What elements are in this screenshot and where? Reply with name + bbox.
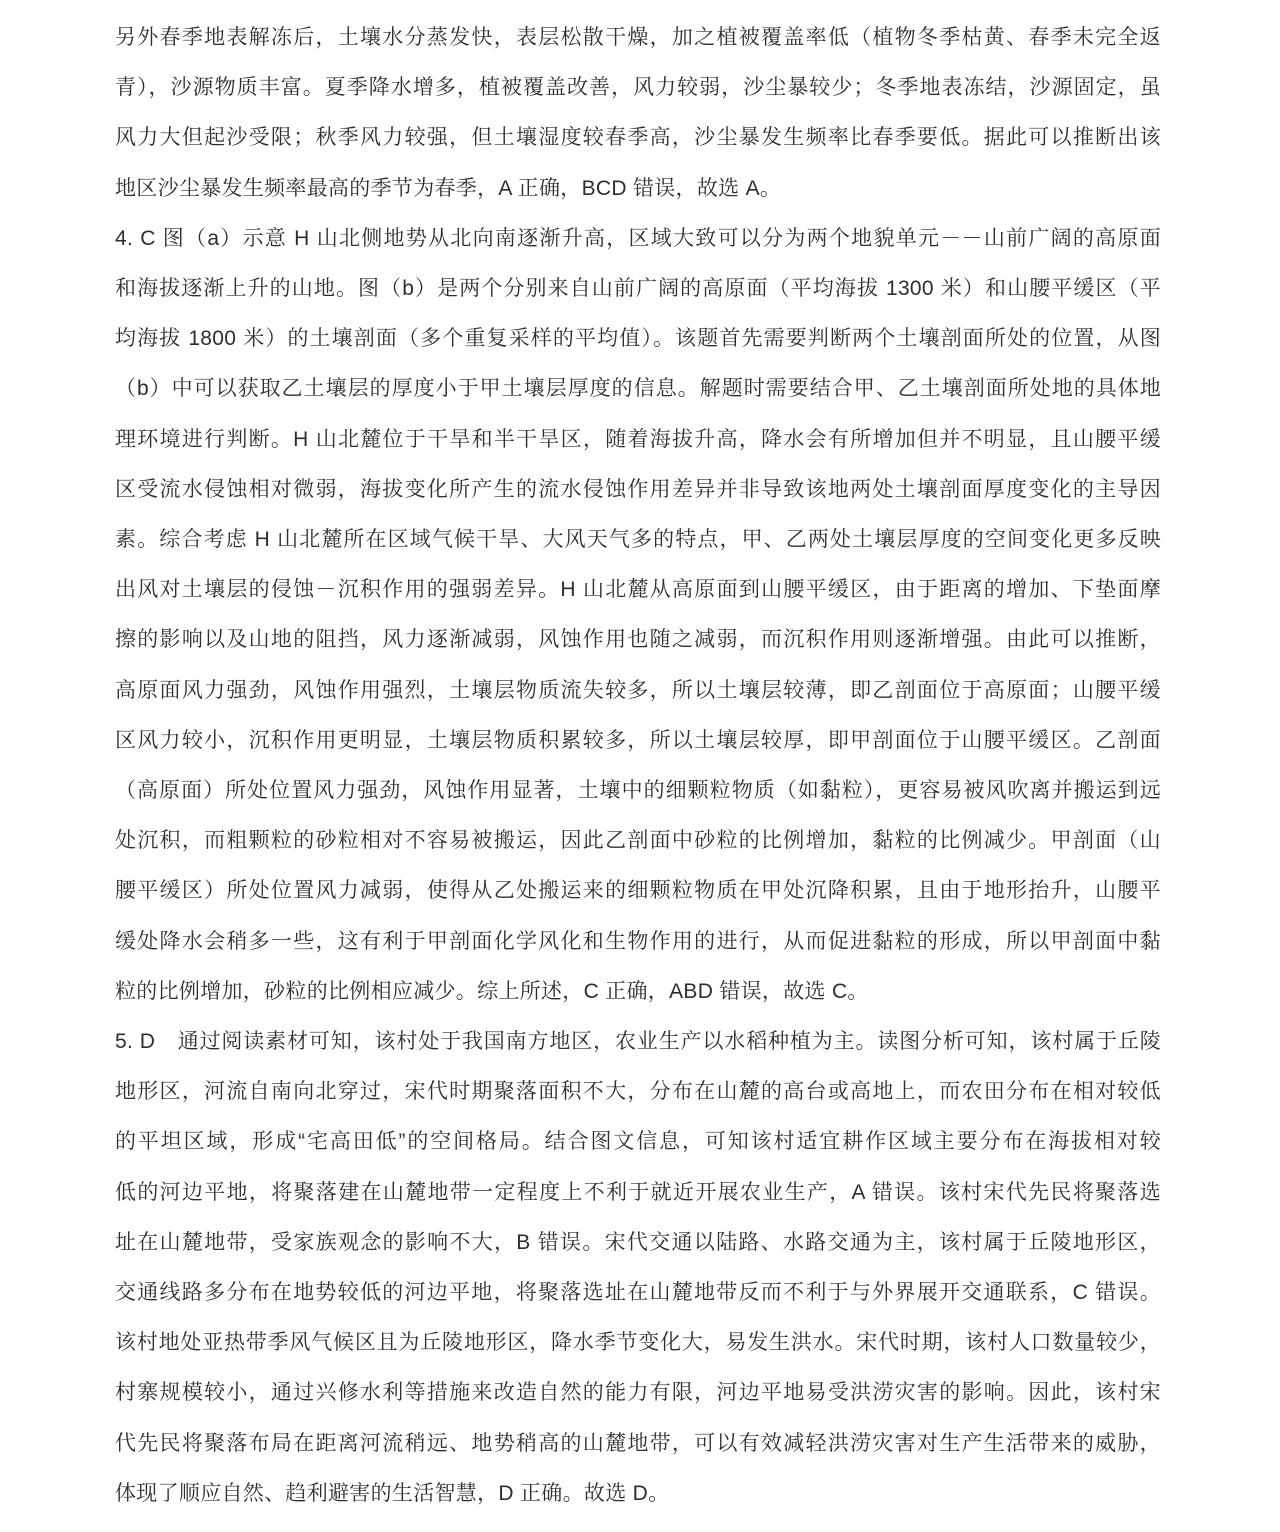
text-line: 风力大但起沙受限；秋季风力较强，但土壤湿度较春季高，沙尘暴发生频率比春季要低。据… <box>115 113 1161 163</box>
text-line: 另外春季地表解冻后，土壤水分蒸发快，表层松散干燥，加之植被覆盖率低（植物冬季枯黄… <box>115 13 1161 63</box>
paragraph-answer-5: 5. D 通过阅读素材可知，该村处于我国南方地区，农业生产以水稻种植为主。读图分… <box>115 1017 1161 1519</box>
text-line: 地形区，河流自南向北穿过，宋代时期聚落面积不大，分布在山麓的高台或高地上，而农田… <box>115 1067 1161 1117</box>
text-line: 均海拔 1800 米）的土壤剖面（多个重复采样的平均值）。该题首先需要判断两个土… <box>115 314 1161 364</box>
text-line: 腰平缓区）所处位置风力减弱，使得从乙处搬运来的细颗粒物质在甲处沉降积累，且由于地… <box>115 866 1161 916</box>
text-line: 4. C 图（a）示意 H 山北侧地势从北向南逐渐升高，区域大致可以分为两个地貌… <box>115 214 1161 264</box>
paragraph-answer-3-continuation: 另外春季地表解冻后，土壤水分蒸发快，表层松散干燥，加之植被覆盖率低（植物冬季枯黄… <box>115 13 1161 214</box>
text-line: 5. D 通过阅读素材可知，该村处于我国南方地区，农业生产以水稻种植为主。读图分… <box>115 1017 1161 1067</box>
text-line: 的平坦区域，形成“宅高田低”的空间格局。结合图文信息，可知该村适宜耕作区域主要分… <box>115 1117 1161 1167</box>
text-line: 素。综合考虑 H 山北麓所在区域气候干旱、大风天气多的特点，甲、乙两处土壤层厚度… <box>115 515 1161 565</box>
answer-explanation-document: 另外春季地表解冻后，土壤水分蒸发快，表层松散干燥，加之植被覆盖率低（植物冬季枯黄… <box>115 13 1161 1519</box>
text-line: 出风对土壤层的侵蚀－沉积作用的强弱差异。H 山北麓从高原面到山腰平缓区，由于距离… <box>115 565 1161 615</box>
text-line: （高原面）所处位置风力强劲，风蚀作用显著，土壤中的细颗粒物质（如黏粒），更容易被… <box>115 766 1161 816</box>
text-line: 低的河边平地，将聚落建在山麓地带一定程度上不利于就近开展农业生产，A 错误。该村… <box>115 1168 1161 1218</box>
text-line: 和海拔逐渐上升的山地。图（b）是两个分别来自山前广阔的高原面（平均海拔 1300… <box>115 264 1161 314</box>
text-line: 体现了顺应自然、趋利避害的生活智慧，D 正确。故选 D。 <box>115 1469 1161 1519</box>
paragraph-answer-4: 4. C 图（a）示意 H 山北侧地势从北向南逐渐升高，区域大致可以分为两个地貌… <box>115 214 1161 1017</box>
text-line: 址在山麓地带，受家族观念的影响不大，B 错误。宋代交通以陆路、水路交通为主，该村… <box>115 1218 1161 1268</box>
text-line: 区风力较小，沉积作用更明显，土壤层物质积累较多，所以土壤层较厚，即甲剖面位于山腰… <box>115 716 1161 766</box>
text-line: 理环境进行判断。H 山北麓位于干旱和半干旱区，随着海拔升高，降水会有所增加但并不… <box>115 415 1161 465</box>
text-line: （b）中可以获取乙土壤层的厚度小于甲土壤层厚度的信息。解题时需要结合甲、乙土壤剖… <box>115 364 1161 414</box>
text-line: 粒的比例增加，砂粒的比例相应减少。综上所述，C 正确，ABD 错误，故选 C。 <box>115 967 1161 1017</box>
text-line: 该村地处亚热带季风气候区且为丘陵地形区，降水季节变化大，易发生洪水。宋代时期，该… <box>115 1318 1161 1368</box>
text-line: 处沉积，而粗颗粒的砂粒相对不容易被搬运，因此乙剖面中砂粒的比例增加，黏粒的比例减… <box>115 816 1161 866</box>
text-line: 缓处降水会稍多一些，这有利于甲剖面化学风化和生物作用的进行，从而促进黏粒的形成，… <box>115 917 1161 967</box>
text-line: 区受流水侵蚀相对微弱，海拔变化所产生的流水侵蚀作用差异并非导致该地两处土壤剖面厚… <box>115 465 1161 515</box>
text-line: 地区沙尘暴发生频率最高的季节为春季，A 正确，BCD 错误，故选 A。 <box>115 164 1161 214</box>
text-line: 青），沙源物质丰富。夏季降水增多，植被覆盖改善，风力较弱，沙尘暴较少；冬季地表冻… <box>115 63 1161 113</box>
text-line: 高原面风力强劲，风蚀作用强烈，土壤层物质流失较多，所以土壤层较薄，即乙剖面位于高… <box>115 666 1161 716</box>
text-line: 村寨规模较小，通过兴修水利等措施来改造自然的能力有限，河边平地易受洪涝灾害的影响… <box>115 1368 1161 1418</box>
text-line: 交通线路多分布在地势较低的河边平地，将聚落选址在山麓地带反而不利于与外界展开交通… <box>115 1268 1161 1318</box>
text-line: 代先民将聚落布局在距离河流稍远、地势稍高的山麓地带，可以有效减轻洪涝灾害对生产生… <box>115 1419 1161 1469</box>
text-line: 擦的影响以及山地的阻挡，风力逐渐减弱，风蚀作用也随之减弱，而沉积作用则逐渐增强。… <box>115 615 1161 665</box>
